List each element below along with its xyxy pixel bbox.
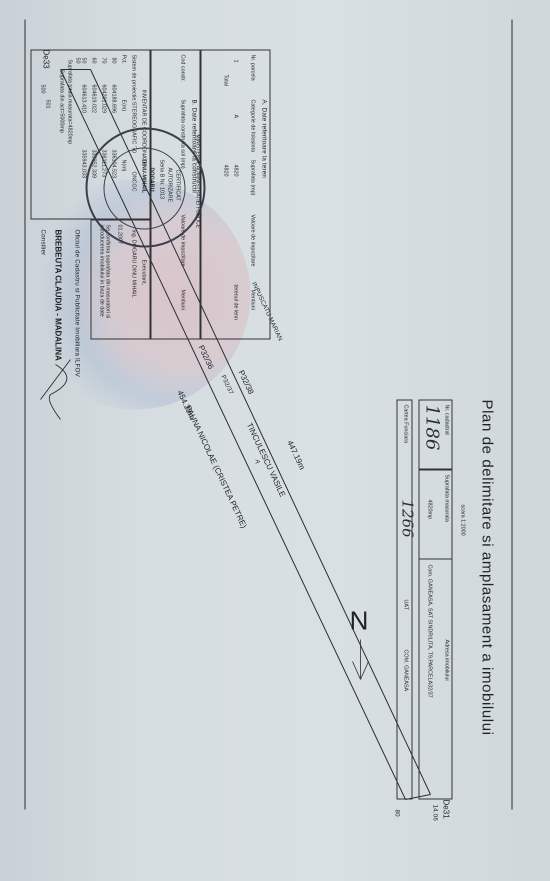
signature-scribble [1, 0, 550, 881]
cadastral-plan-sheet: Plan de delimitare si amplasament a imob… [1, 0, 550, 881]
document-photo: Plan de delimitare si amplasament a imob… [0, 0, 550, 881]
